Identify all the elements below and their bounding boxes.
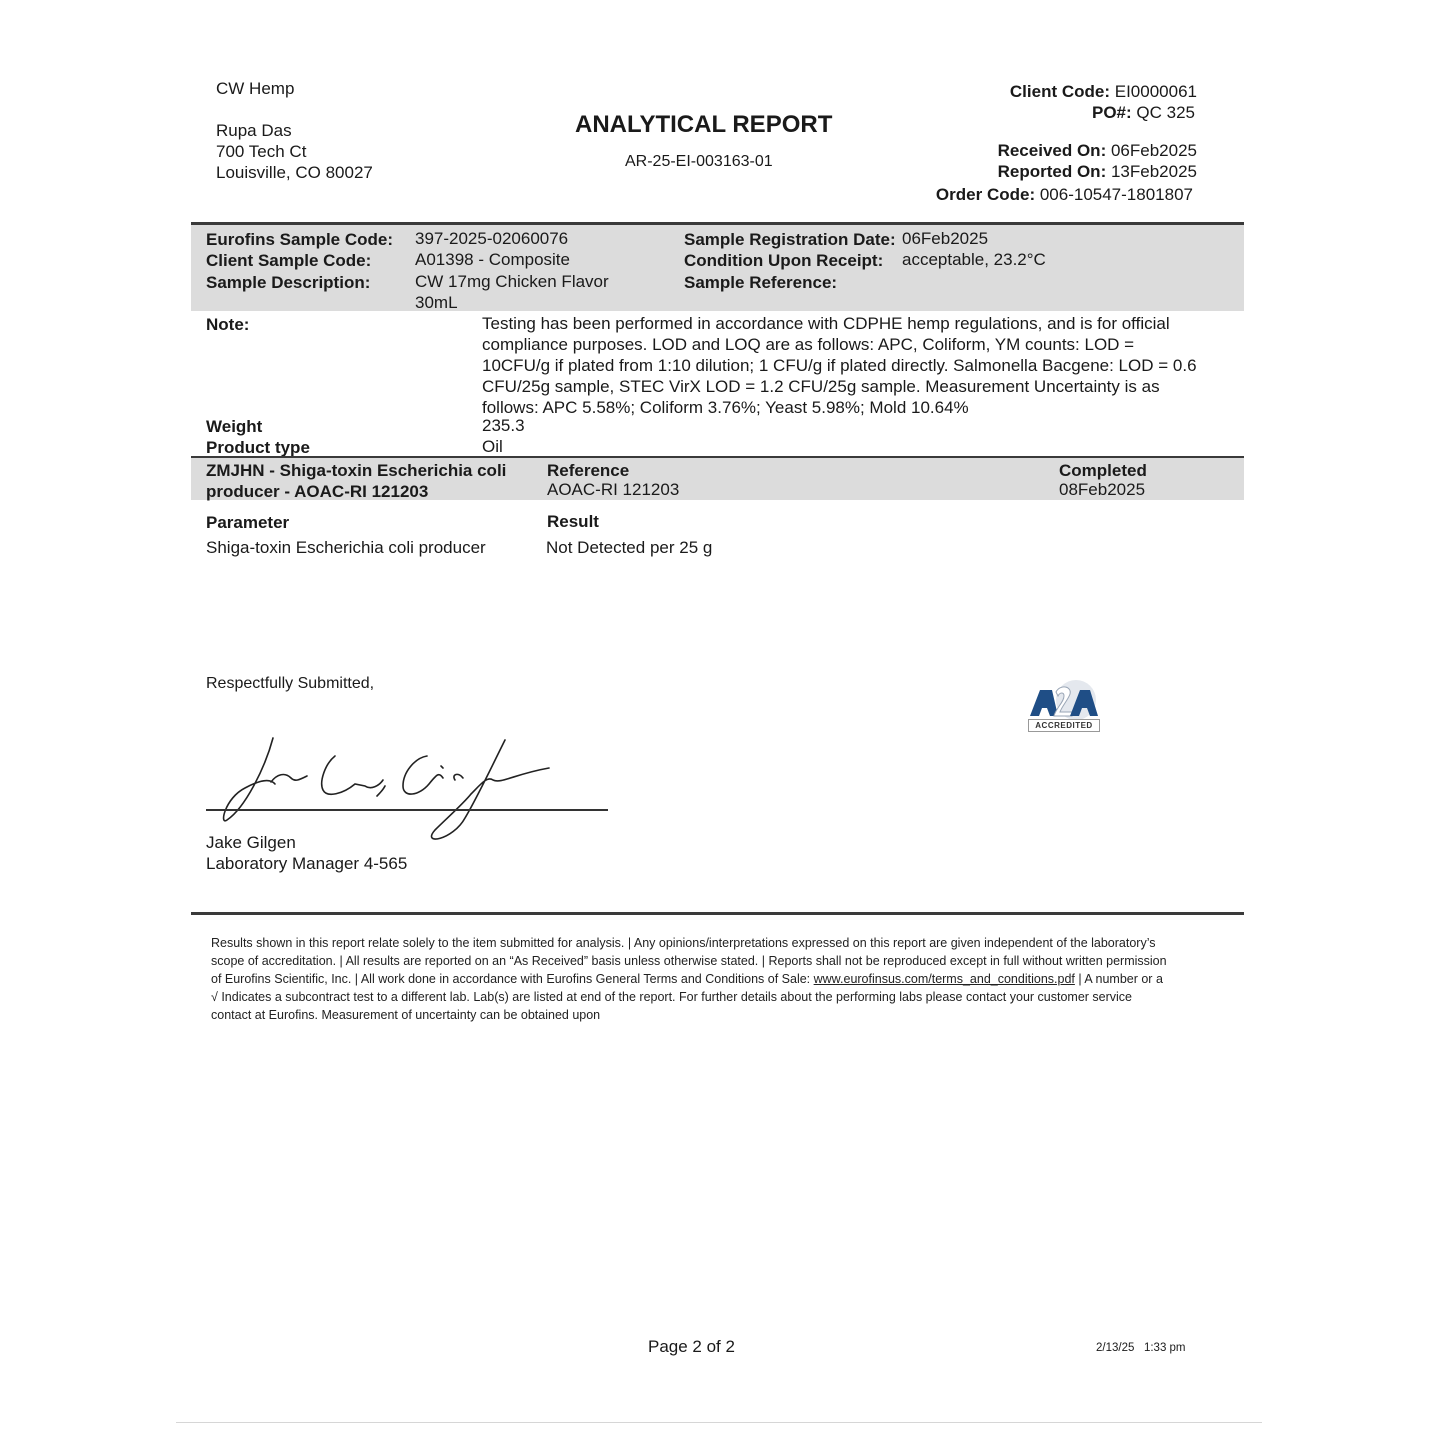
a2la-accredited-badge: ACCREDITED xyxy=(1026,680,1100,732)
po-value: QC 325 xyxy=(1136,103,1195,122)
condition-label: Condition Upon Receipt: xyxy=(684,250,883,271)
sample-description: CW 17mg Chicken Flavor xyxy=(415,271,609,292)
note-text: Testing has been performed in accordance… xyxy=(482,313,1202,418)
order-code: Order Code: 006-10547-1801807 xyxy=(936,184,1193,205)
test-reference-label: Reference xyxy=(547,460,629,481)
reported-label: Reported On: xyxy=(998,162,1107,181)
row-result: Not Detected per 25 g xyxy=(546,537,712,558)
eurofins-sample-code: 397-2025-02060076 xyxy=(415,228,568,249)
product-type-label: Product type xyxy=(206,437,310,458)
client-sample-code: A01398 - Composite xyxy=(415,249,570,270)
footer-disclaimer: Results shown in this report relate sole… xyxy=(211,934,1171,1024)
client-city: Louisville, CO 80027 xyxy=(216,162,373,183)
accredited-label: ACCREDITED xyxy=(1028,719,1100,732)
order-code-value: 006-10547-1801807 xyxy=(1040,185,1193,204)
completed-label: Completed xyxy=(1059,460,1147,481)
sample-description-cont: 30mL xyxy=(415,292,458,313)
client-code: Client Code: EI0000061 xyxy=(1010,81,1197,102)
test-reference: AOAC-RI 121203 xyxy=(547,479,679,500)
signer-name: Jake Gilgen xyxy=(206,832,296,853)
condition-value: acceptable, 23.2°C xyxy=(902,249,1046,270)
client-company: CW Hemp xyxy=(216,78,294,99)
closing-text: Respectfully Submitted, xyxy=(206,674,374,694)
po-label: PO#: xyxy=(1092,103,1132,122)
registration-date: 06Feb2025 xyxy=(902,228,988,249)
note-label: Note: xyxy=(206,314,249,335)
sample-description-label: Sample Description: xyxy=(206,272,370,293)
column-header-parameter: Parameter xyxy=(206,512,289,533)
column-header-result: Result xyxy=(547,511,599,532)
client-sample-code-label: Client Sample Code: xyxy=(206,250,371,271)
terms-link[interactable]: www.eurofinsus.com/terms_and_conditions.… xyxy=(814,972,1075,986)
page-edge-line xyxy=(176,1422,1262,1423)
po-number: PO#: QC 325 xyxy=(1092,102,1195,123)
report-number: AR-25-EI-003163-01 xyxy=(625,152,773,172)
eurofins-sample-code-label: Eurofins Sample Code: xyxy=(206,229,393,250)
a2la-logo-icon xyxy=(1026,680,1100,720)
reported-on: Reported On: 13Feb2025 xyxy=(998,161,1197,182)
reported-value: 13Feb2025 xyxy=(1111,162,1197,181)
received-label: Received On: xyxy=(998,141,1107,160)
signature-icon xyxy=(215,728,565,848)
footer-divider xyxy=(191,912,1244,915)
received-on: Received On: 06Feb2025 xyxy=(998,140,1197,161)
client-contact: Rupa Das xyxy=(216,120,292,141)
page-number: Page 2 of 2 xyxy=(648,1336,735,1357)
weight-value: 235.3 xyxy=(482,415,525,436)
client-street: 700 Tech Ct xyxy=(216,141,306,162)
client-code-label: Client Code: xyxy=(1010,82,1110,101)
order-code-label: Order Code: xyxy=(936,185,1035,204)
product-type-value: Oil xyxy=(482,436,503,457)
test-name: ZMJHN - Shiga-toxin Escherichia coli xyxy=(206,460,506,481)
row-parameter: Shiga-toxin Escherichia coli producer xyxy=(206,537,486,558)
registration-date-label: Sample Registration Date: xyxy=(684,229,896,250)
completed-date: 08Feb2025 xyxy=(1059,479,1145,500)
sample-reference-label: Sample Reference: xyxy=(684,272,837,293)
report-title: ANALYTICAL REPORT xyxy=(575,111,832,139)
received-value: 06Feb2025 xyxy=(1111,141,1197,160)
signer-title: Laboratory Manager 4-565 xyxy=(206,853,407,874)
weight-label: Weight xyxy=(206,416,262,437)
print-timestamp: 2/13/25 1:33 pm xyxy=(1096,1342,1186,1354)
test-name-cont: producer - AOAC-RI 121203 xyxy=(206,481,428,502)
client-code-value: EI0000061 xyxy=(1115,82,1197,101)
signature-line xyxy=(206,809,608,811)
